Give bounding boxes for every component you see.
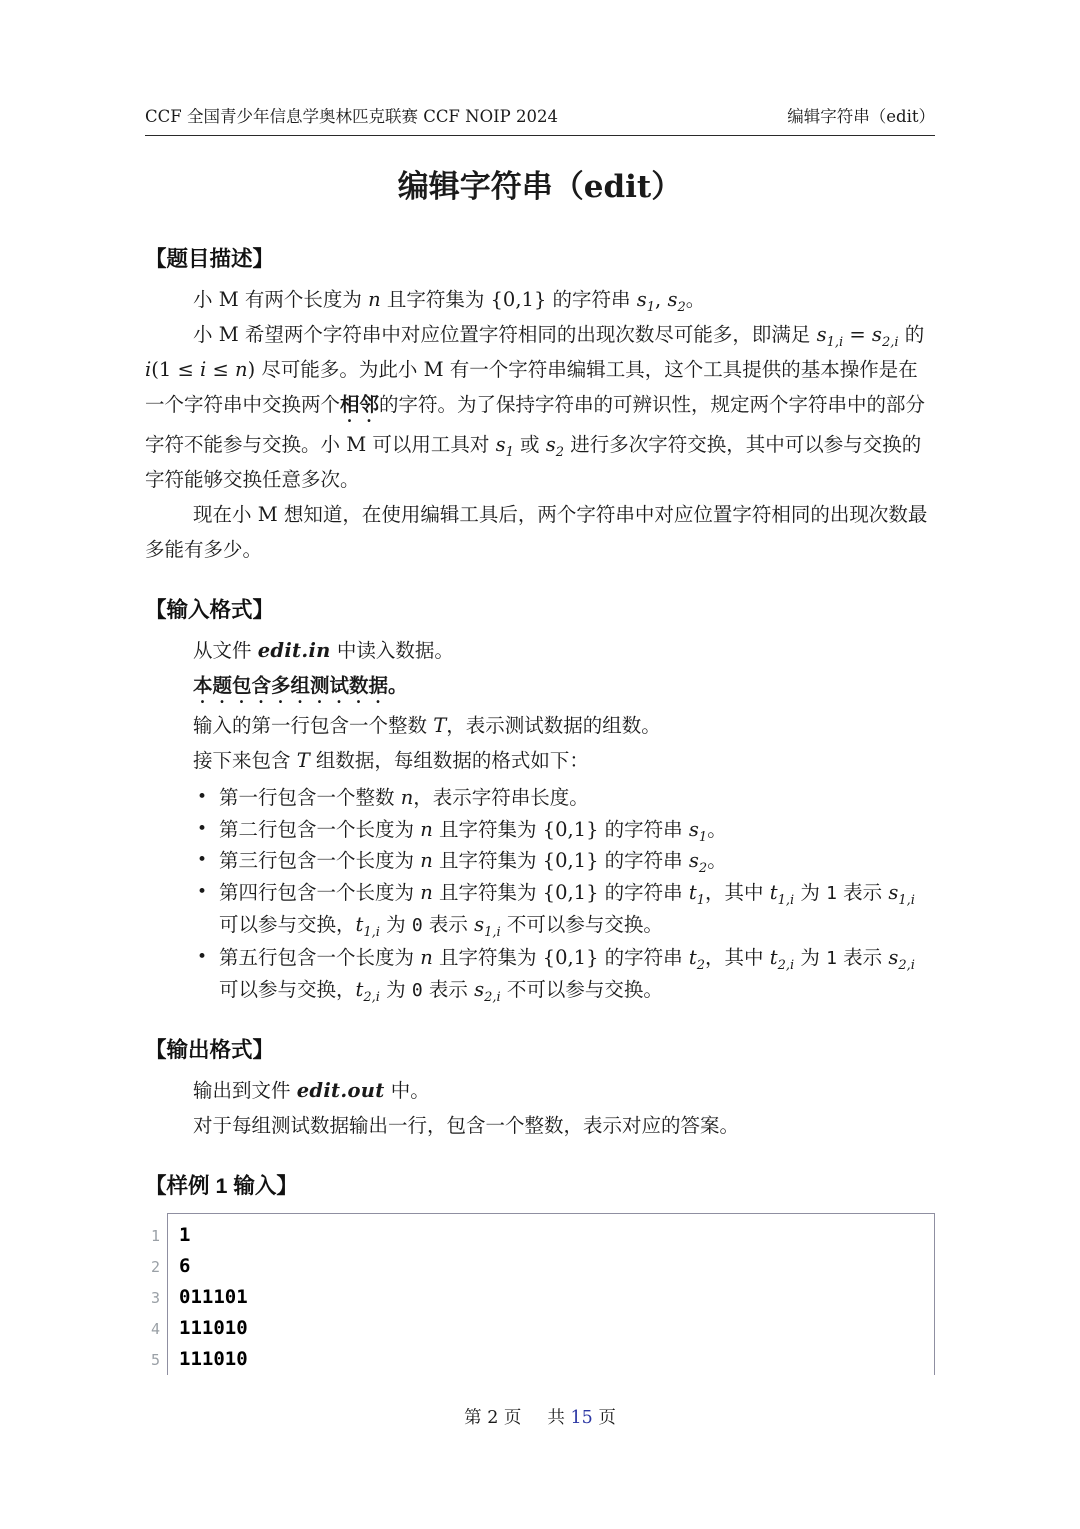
list-item: •第四行包含一个长度为 n 且字符集为 {0,1} 的字符串 t1，其中 t1,… xyxy=(219,877,935,942)
paragraph: 对于每组测试数据输出一行，包含一个整数，表示对应的答案。 xyxy=(145,1108,935,1143)
code-line-number: 4 xyxy=(145,1314,160,1345)
paragraph: 现在小 M 想知道，在使用编辑工具后，两个字符串中对应位置字符相同的出现次数最多… xyxy=(145,497,935,567)
doc-title-latin: edit xyxy=(584,169,652,205)
math-var-subscripted: s2 xyxy=(546,433,564,456)
tt-literal: 1 xyxy=(826,883,837,904)
paragraph: 接下来包含 T 组数据，每组数据的格式如下： xyxy=(145,743,935,778)
tt-literal: 1 xyxy=(826,948,837,969)
doc-title: 编辑字符串（edit） xyxy=(145,164,935,210)
doc-title-paren-close: ） xyxy=(651,169,682,204)
math-var-subscripted: s2,i xyxy=(888,946,915,969)
math-var: T xyxy=(433,714,446,737)
bullet-icon: • xyxy=(197,814,207,846)
math-var: n xyxy=(420,849,433,872)
math-var-subscripted: t2,i xyxy=(356,978,380,1001)
math-var-subscripted: t1 xyxy=(689,881,705,904)
paragraph: 输入的第一行包含一个整数 T，表示测试数据的组数。 xyxy=(145,708,935,743)
list-item: •第一行包含一个整数 n，表示字符串长度。 xyxy=(219,782,935,814)
math-var: n xyxy=(420,818,433,841)
math-var: T xyxy=(297,749,310,772)
header-right: 编辑字符串（edit） xyxy=(787,106,935,128)
page-header: CCF 全国青少年信息学奥林匹克联赛 CCF NOIP 2024 编辑字符串（e… xyxy=(145,0,935,128)
math-var-subscripted: s2 xyxy=(667,288,685,311)
paragraph: 本题包含多组测试数据。 xyxy=(145,668,935,708)
page-total-link[interactable]: 15 xyxy=(570,1408,592,1428)
doc-title-cjk: 编辑字符串 xyxy=(398,169,553,204)
paragraph: 小 M 希望两个字符串中对应位置字符相同的出现次数尽可能多，即满足 s1,i =… xyxy=(145,317,935,497)
paragraph: 小 M 有两个长度为 n 且字符集为 {0,1} 的字符串 s1, s2。 xyxy=(145,282,935,317)
emphasized-text: 本题包含多组测试数据。 xyxy=(193,675,408,697)
math-var-subscripted: s1 xyxy=(689,818,707,841)
header-left: CCF 全国青少年信息学奥林匹克联赛 CCF NOIP 2024 xyxy=(145,106,558,128)
math-var-subscripted: s2,i xyxy=(474,978,501,1001)
bullet-icon: • xyxy=(197,877,207,909)
code-line-number: 2 xyxy=(145,1252,160,1283)
code-line: 111010 xyxy=(179,1344,934,1375)
math-var-subscripted: t1,i xyxy=(356,913,380,936)
filename-literal: edit.out xyxy=(297,1079,385,1102)
section-heading: 【样例 1 输入】 xyxy=(145,1171,935,1201)
tt-literal: 0 xyxy=(412,915,423,936)
math-var: n xyxy=(235,358,248,381)
math-var-subscripted: s2 xyxy=(689,849,707,872)
doc-title-paren-open: （ xyxy=(553,169,584,204)
filename-literal: edit.in xyxy=(258,639,331,662)
math-var-subscripted: t1,i xyxy=(770,881,794,904)
footer-page-indicator: 第 2 页共 15 页 xyxy=(0,1404,1080,1429)
math-var: n xyxy=(420,881,433,904)
math-var-subscripted: s2,i xyxy=(872,323,899,346)
math-var: i xyxy=(145,358,151,381)
code-box: 16011101111010111010 xyxy=(167,1213,935,1375)
math-var-subscripted: t2,i xyxy=(770,946,794,969)
section-heading: 【输入格式】 xyxy=(145,595,935,625)
document-page: CCF 全国青少年信息学奥林匹克联赛 CCF NOIP 2024 编辑字符串（e… xyxy=(0,0,1080,1529)
code-line-number: 3 xyxy=(145,1283,160,1314)
paragraph: 输出到文件 edit.out 中。 xyxy=(145,1073,935,1108)
math-var-subscripted: s1 xyxy=(637,288,655,311)
bullet-list: •第一行包含一个整数 n，表示字符串长度。•第二行包含一个长度为 n 且字符集为… xyxy=(145,782,935,1007)
tt-literal: 0 xyxy=(412,980,423,1001)
header-rule xyxy=(145,135,935,136)
math-var-subscripted: s1,i xyxy=(888,881,915,904)
math-var: n xyxy=(368,288,381,311)
code-line-number: 1 xyxy=(145,1221,160,1252)
list-item: •第三行包含一个长度为 n 且字符集为 {0,1} 的字符串 s2。 xyxy=(219,845,935,877)
document-body: 【题目描述】小 M 有两个长度为 n 且字符集为 {0,1} 的字符串 s1, … xyxy=(145,244,935,1375)
footer-total-prefix: 共 xyxy=(547,1408,570,1428)
code-line: 111010 xyxy=(179,1313,934,1344)
list-item: •第五行包含一个长度为 n 且字符集为 {0,1} 的字符串 t2，其中 t2,… xyxy=(219,942,935,1007)
paragraph: 从文件 edit.in 中读入数据。 xyxy=(145,633,935,668)
code-line-number: 5 xyxy=(145,1345,160,1376)
code-line: 1 xyxy=(179,1220,934,1251)
math-var: n xyxy=(420,946,433,969)
emphasized-text: 相邻 xyxy=(340,394,379,416)
math-var-subscripted: s1,i xyxy=(817,323,844,346)
math-var: n xyxy=(401,786,414,809)
math-var-subscripted: s1 xyxy=(496,433,514,456)
bullet-icon: • xyxy=(197,782,207,814)
code-line: 6 xyxy=(179,1251,934,1282)
sample-code-block: 1234516011101111010111010 xyxy=(145,1213,935,1375)
math-var-subscripted: s1,i xyxy=(474,913,501,936)
math-var: i xyxy=(200,358,206,381)
code-line: 011101 xyxy=(179,1282,934,1313)
section-heading: 【输出格式】 xyxy=(145,1035,935,1065)
footer-page-current: 第 2 页 xyxy=(464,1408,521,1428)
bullet-icon: • xyxy=(197,942,207,974)
code-line-numbers: 12345 xyxy=(145,1221,160,1376)
math-var-subscripted: t2 xyxy=(689,946,705,969)
section-heading: 【题目描述】 xyxy=(145,244,935,274)
list-item: •第二行包含一个长度为 n 且字符集为 {0,1} 的字符串 s1。 xyxy=(219,814,935,846)
bullet-icon: • xyxy=(197,845,207,877)
footer-total-suffix: 页 xyxy=(593,1408,616,1428)
